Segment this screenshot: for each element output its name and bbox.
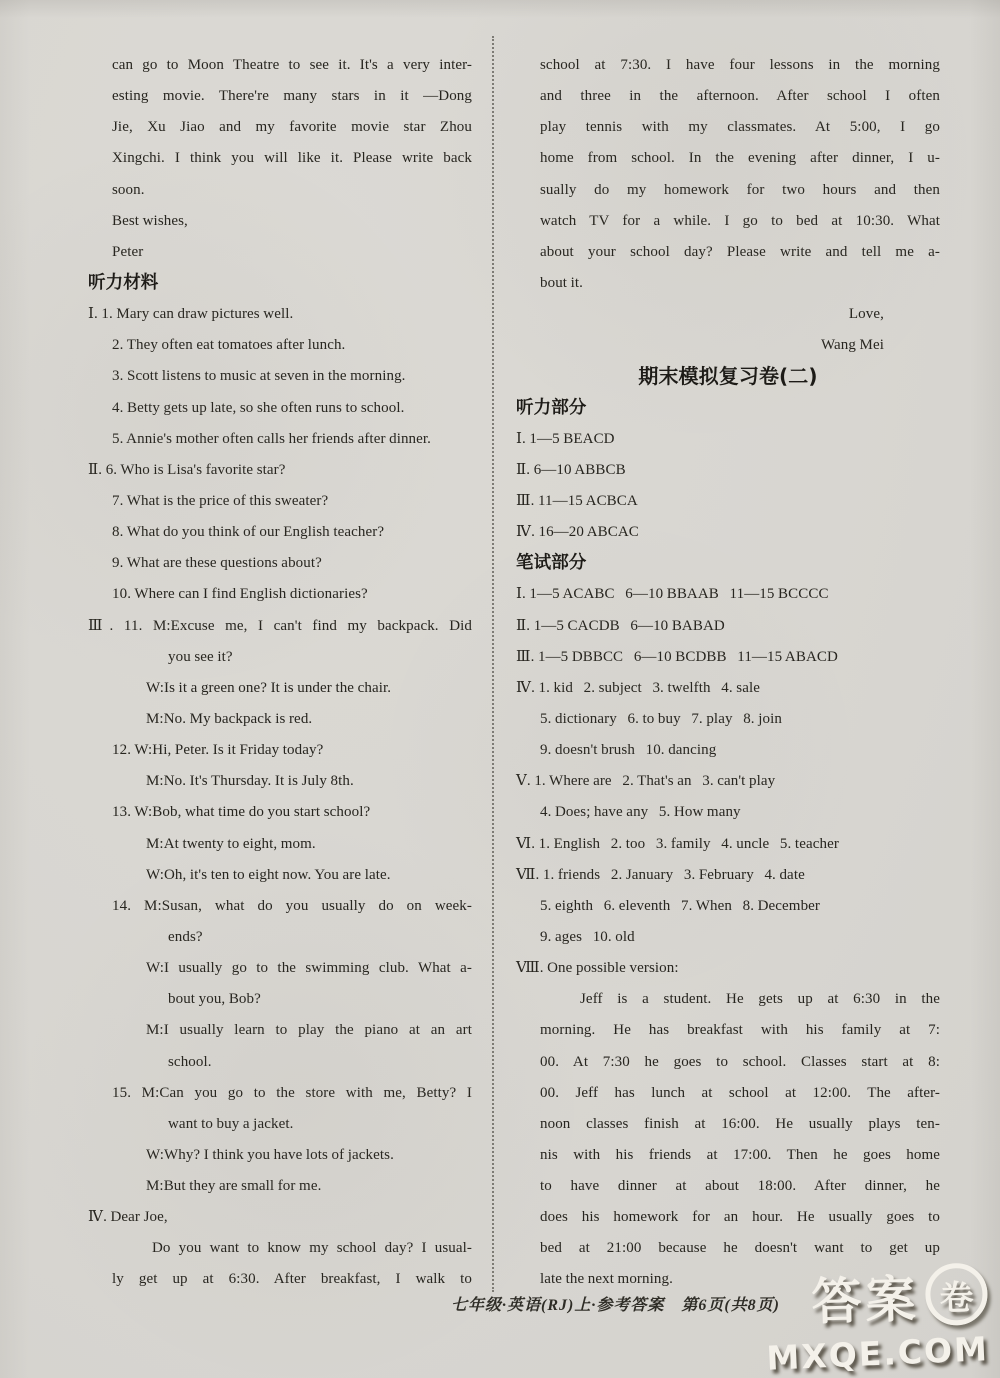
watermark-brand: 答案 卷 bbox=[717, 1257, 989, 1336]
text-line: ly get up at 6:30. After breakfast, I wa… bbox=[88, 1264, 472, 1295]
text-line: Ⅱ. 6—10 ABBCB bbox=[516, 455, 940, 486]
text-line: bout you, Bob? bbox=[88, 984, 472, 1015]
text-line: 5. eighth 6. eleventh 7. When 8. Decembe… bbox=[516, 891, 940, 922]
text-line: Best wishes, bbox=[88, 206, 472, 237]
text-line: sually do my homework for two hours and … bbox=[516, 175, 940, 206]
text-line: 13. W:Bob, what time do you start school… bbox=[88, 797, 472, 828]
text-line: watch TV for a while. I go to bed at 10:… bbox=[516, 206, 940, 237]
text-line: 听力部分 bbox=[516, 393, 940, 424]
text-line: 14. M:Susan, what do you usually do on w… bbox=[88, 891, 472, 922]
text-line: 笔试部分 bbox=[516, 548, 940, 579]
text-line: W:Oh, it's ten to eight now. You are lat… bbox=[88, 860, 472, 891]
text-line: 10. Where can I find English dictionarie… bbox=[88, 579, 472, 610]
text-line: want to buy a jacket. bbox=[88, 1109, 472, 1140]
text-line: 7. What is the price of this sweater? bbox=[88, 486, 472, 517]
text-line: 9. doesn't brush 10. dancing bbox=[516, 735, 940, 766]
watermark-site: MXQE.COM bbox=[718, 1329, 989, 1378]
text-line: M:I usually learn to play the piano at a… bbox=[88, 1015, 472, 1046]
text-line: and three in the afternoon. After school… bbox=[516, 81, 940, 112]
text-line: play tennis with my classmates. At 5:00,… bbox=[516, 112, 940, 143]
text-line: 00. At 7:30 he goes to school. Classes s… bbox=[516, 1047, 940, 1078]
text-line: Ⅱ. 1—5 CACDB 6—10 BABAD bbox=[516, 611, 940, 642]
text-line: nis with his friends at 17:00. Then he g… bbox=[516, 1140, 940, 1171]
text-line: 9. ages 10. old bbox=[516, 922, 940, 953]
text-line: Jie, Xu Jiao and my favorite movie star … bbox=[88, 112, 472, 143]
text-line: school. bbox=[88, 1047, 472, 1078]
text-line: Ⅲ. 11. M:Excuse me, I can't find my back… bbox=[88, 611, 472, 642]
text-line: you see it? bbox=[88, 642, 472, 673]
text-line: Ⅵ. 1. English 2. too 3. family 4. uncle … bbox=[516, 829, 940, 860]
text-line: 4. Betty gets up late, so she often runs… bbox=[88, 393, 472, 424]
text-line: Ⅰ. 1—5 BEACD bbox=[516, 424, 940, 455]
text-line: M:But they are small for me. bbox=[88, 1171, 472, 1202]
text-line: to have dinner at about 18:00. After din… bbox=[516, 1171, 940, 1202]
text-line: 听力材料 bbox=[88, 268, 472, 299]
text-line: 4. Does; have any 5. How many bbox=[516, 797, 940, 828]
left-column: can go to Moon Theatre to see it. It's a… bbox=[88, 50, 472, 1296]
text-line: Peter bbox=[88, 237, 472, 268]
text-line: does his homework for an hour. He usuall… bbox=[516, 1202, 940, 1233]
text-line: Ⅶ. 1. friends 2. January 3. February 4. … bbox=[516, 860, 940, 891]
text-line: M:No. My backpack is red. bbox=[88, 704, 472, 735]
text-line: esting movie. There're many stars in it … bbox=[88, 81, 472, 112]
text-line: home from school. In the evening after d… bbox=[516, 143, 940, 174]
text-line: M:No. It's Thursday. It is July 8th. bbox=[88, 766, 472, 797]
watermark: 答案 卷 MXQE.COM bbox=[717, 1257, 990, 1377]
text-line: soon. bbox=[88, 175, 472, 206]
text-line: 9. What are these questions about? bbox=[88, 548, 472, 579]
text-line: W:Why? I think you have lots of jackets. bbox=[88, 1140, 472, 1171]
text-line: Ⅱ. 6. Who is Lisa's favorite star? bbox=[88, 455, 472, 486]
text-line: Ⅲ. 11—15 ACBCA bbox=[516, 486, 940, 517]
text-line: Do you want to know my school day? I usu… bbox=[88, 1233, 472, 1264]
text-line: about your school day? Please write and … bbox=[516, 237, 940, 268]
text-line: Love, bbox=[516, 299, 940, 330]
text-line: Ⅳ. 1. kid 2. subject 3. twelfth 4. sale bbox=[516, 673, 940, 704]
text-line: Ⅳ. 16—20 ABCAC bbox=[516, 517, 940, 548]
text-line: Ⅷ. One possible version: bbox=[516, 953, 940, 984]
text-line: Jeff is a student. He gets up at 6:30 in… bbox=[516, 984, 940, 1015]
text-line: 8. What do you think of our English teac… bbox=[88, 517, 472, 548]
column-divider bbox=[492, 36, 494, 1292]
text-line: 2. They often eat tomatoes after lunch. bbox=[88, 330, 472, 361]
text-line: W:I usually go to the swimming club. Wha… bbox=[88, 953, 472, 984]
text-line: Xingchi. I think you will like it. Pleas… bbox=[88, 143, 472, 174]
text-line: Ⅰ. 1. Mary can draw pictures well. bbox=[88, 299, 472, 330]
text-line: 期末模拟复习卷(二) bbox=[516, 361, 940, 392]
text-line: 12. W:Hi, Peter. Is it Friday today? bbox=[88, 735, 472, 766]
text-line: 5. Annie's mother often calls her friend… bbox=[88, 424, 472, 455]
text-line: ends? bbox=[88, 922, 472, 953]
text-line: 5. dictionary 6. to buy 7. play 8. join bbox=[516, 704, 940, 735]
page-footer: 七年级·英语(RJ)上·参考答案 第6页(共8页) bbox=[0, 1292, 780, 1315]
text-line: bout it. bbox=[516, 268, 940, 299]
text-line: Wang Mei bbox=[516, 330, 940, 361]
text-line: Ⅲ. 1—5 DBBCC 6—10 BCDBB 11—15 ABACD bbox=[516, 642, 940, 673]
text-line: Ⅰ. 1—5 ACABC 6—10 BBAAB 11—15 BCCCC bbox=[516, 579, 940, 610]
text-line: 15. M:Can you go to the store with me, B… bbox=[88, 1078, 472, 1109]
text-line: morning. He has breakfast with his famil… bbox=[516, 1015, 940, 1046]
text-line: noon classes finish at 16:00. He usually… bbox=[516, 1109, 940, 1140]
circled-juan-icon: 卷 bbox=[925, 1262, 989, 1326]
text-line: 00. Jeff has lunch at school at 12:00. T… bbox=[516, 1078, 940, 1109]
text-line: Ⅴ. 1. Where are 2. That's an 3. can't pl… bbox=[516, 766, 940, 797]
text-line: M:At twenty to eight, mom. bbox=[88, 829, 472, 860]
text-line: school at 7:30. I have four lessons in t… bbox=[516, 50, 940, 81]
text-line: Ⅳ. Dear Joe, bbox=[88, 1202, 472, 1233]
right-column: school at 7:30. I have four lessons in t… bbox=[516, 50, 940, 1296]
watermark-brand-text: 答案 bbox=[811, 1259, 921, 1334]
text-line: 3. Scott listens to music at seven in th… bbox=[88, 361, 472, 392]
text-line: can go to Moon Theatre to see it. It's a… bbox=[88, 50, 472, 81]
text-line: W:Is it a green one? It is under the cha… bbox=[88, 673, 472, 704]
